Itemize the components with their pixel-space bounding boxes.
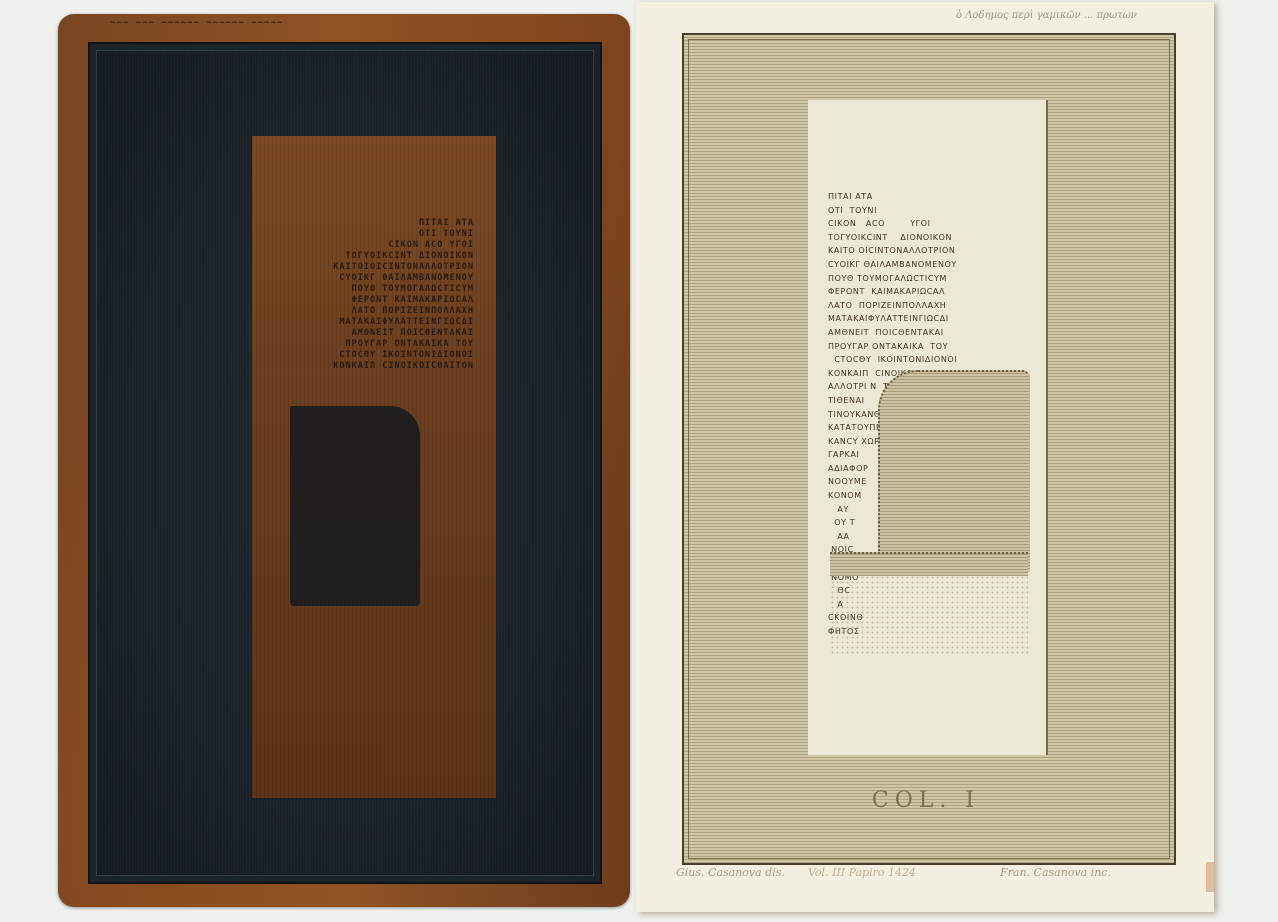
plate-engraved-greek-text: ΠΙΤΑΙ ΑΤΑ ΟΤΙ ΤΟΥΝΙ CΙΚΟΝ ΑCΟ ΥΓΟΙ ΤΟΓΥΟ… [284,218,474,418]
plate-papyrus-column: ΠΙΤΑΙ ΑΤΑ ΟΤΙ ΤΟΥΝΙ CΙΚΟΝ ΑCΟ ΥΓΟΙ ΤΟΓΥΟ… [252,136,496,798]
papyrus-line: ΤΟΓΥΟΙΚCΙΝΤ ΔΙΟΝΟΙΚΟΝ [828,231,1028,245]
print-header-inscription: ὁ Λοδημος περὶ γαμικῶν ... πρωτων [956,10,1137,21]
print-stippled-area [830,575,1028,655]
credit-volume-pencil-note: Vol. III Papiro 1424 [808,866,916,879]
print-lacuna [878,370,1030,572]
papyrus-line: CΙΚΟΝ ΑCΟ ΥΓΟΙ [828,217,1028,231]
credit-engraver: Fran. Casanova inc. [1000,866,1111,879]
paper-stain [1206,862,1214,892]
papyrus-line: ΠΙΤΑΙ ΑΤΑ [828,190,1028,204]
papyrus-line: ΑΜΘΝΕΙΤ ΠΟΙCΘΕΝΤΑΚΑΙ [828,326,1028,340]
papyrus-line: ΟΤΙ ΤΟΥΝΙ [828,204,1028,218]
plate-lacuna [290,406,420,606]
papyrus-line: ΠΟΥΘ ΤΟΥΜΟΓΑΛΩCΤΙCΥΜ [828,272,1028,286]
copper-plate: ~~~ ~~~ ~~~~~~ ~~~~~~ ~~~~~ ΠΙΤΑΙ ΑΤΑ ΟΤ… [58,14,630,907]
column-label: COL. I [636,788,1216,813]
papyrus-line: ΦΕΡΟΝΤ ΚΑΙΜΑΚΑΡΙΩCΑΛ [828,285,1028,299]
credit-draughtsman: Gius. Casanova dis. [676,866,785,879]
plate-header-inscription: ~~~ ~~~ ~~~~~~ ~~~~~~ ~~~~~ [110,18,283,28]
print-hatched-frame: ΠΙΤΑΙ ΑΤΑΟΤΙ ΤΟΥΝΙCΙΚΟΝ ΑCΟ ΥΓΟΙΤΟΓΥΟΙΚC… [682,33,1176,865]
print-lacuna-lower [830,552,1028,576]
plate-engraved-field: ΠΙΤΑΙ ΑΤΑ ΟΤΙ ΤΟΥΝΙ CΙΚΟΝ ΑCΟ ΥΓΟΙ ΤΟΓΥΟ… [88,42,602,884]
papyrus-line: ΚΑΙΤΟ ΟΙCΙΝΤΟΝΑΛΛΟΤΡΙΟΝ [828,244,1028,258]
papyrus-line: CΤΟCΘΥ ΙΚΟΙΝΤΟΝΙΔΙΟΝΟΙ [828,353,1028,367]
engraved-print: ὁ Λοδημος περὶ γαμικῶν ... πρωτων ΠΙΤΑΙ … [636,2,1214,912]
papyrus-line: ΛΑΤΟ ΠΟΡΙΖΕΙΝΠΟΛΛΑΧΗ [828,299,1028,313]
print-papyrus-column: ΠΙΤΑΙ ΑΤΑΟΤΙ ΤΟΥΝΙCΙΚΟΝ ΑCΟ ΥΓΟΙΤΟΓΥΟΙΚC… [808,100,1048,755]
papyrus-line: ΜΑΤΑΚΑΙΦΥΛΑΤΤΕΙΝΓΙΩCΔΙ [828,312,1028,326]
papyrus-line: ΠΡΟΥΓΑΡ ΟΝΤΑΚΑΙΚΑ ΤΟΥ [828,340,1028,354]
papyrus-line: CΥΟΙΚΓ ΘΑΙΛΑΜΒΑΝΟΜΕΝΟΥ [828,258,1028,272]
